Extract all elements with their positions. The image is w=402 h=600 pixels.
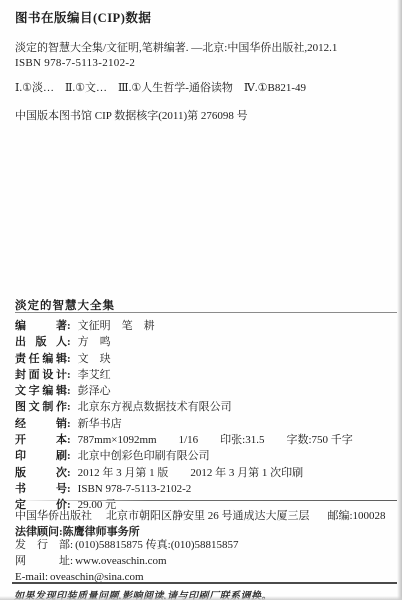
row-value: 彭泽心: [78, 385, 111, 397]
row-value: 方 鸣: [78, 336, 111, 348]
legal-advisor-line: 法律顾问:陈鹰律师事务所: [15, 523, 140, 539]
row-label: 网址: [15, 554, 70, 570]
row-colon: :: [70, 539, 73, 551]
row-colon: :: [67, 483, 71, 495]
copyright-page: 图书在版编目(CIP)数据 淡定的智慧大全集/文征明,笔耕编著. —北京:中国华…: [0, 0, 402, 600]
legal-label: 法律顾问: [15, 526, 59, 538]
row-colon: :: [67, 369, 71, 381]
website-url: www.oveaschin.com: [75, 555, 167, 567]
row-colon: :: [67, 434, 71, 446]
row-value: 新华书店: [78, 418, 122, 430]
row-value: 文征明 笔 耕: [78, 320, 155, 332]
row-value: (010)58815875 传真:(010)58815857: [75, 539, 238, 551]
row-label: 发行部: [15, 538, 70, 554]
row-colon: :: [45, 571, 48, 583]
row-label: 封面设计: [15, 367, 67, 383]
publisher-postcode: 邮编:100028: [328, 510, 386, 522]
row-colon: :: [67, 450, 71, 462]
book-title: 淡定的智慧大全集: [15, 297, 115, 313]
row-value: 北京东方视点数据技术有限公司: [78, 401, 232, 413]
row-label: 书号: [15, 481, 67, 497]
row-colon: :: [67, 320, 71, 332]
cip-record-number: 中国版本图书馆 CIP 数据核字(2011)第 276098 号: [15, 107, 248, 123]
contact-row-distribution-dept: 发行部:(010)58815875 传真:(010)58815857: [15, 538, 397, 554]
colophon-rows: 编著:文征明 笔 耕 出版人:方 鸣 责任编辑:文 玦 封面设计:李艾红 文字编…: [15, 318, 397, 514]
row-label: 文字编辑: [15, 383, 67, 399]
row-colon: :: [67, 353, 71, 365]
colophon-row-publisher-person: 出版人:方 鸣: [15, 334, 397, 350]
legal-value: 陈鹰律师事务所: [63, 526, 140, 538]
cip-classification-line: Ⅰ.①淡… Ⅱ.①文… Ⅲ.①人生哲学-通俗读物 Ⅳ.①B821-49: [15, 79, 306, 95]
colophon-row-cover-design: 封面设计:李艾红: [15, 367, 397, 383]
contact-rows: 发行部:(010)58815875 传真:(010)58815857 网址:ww…: [15, 538, 397, 585]
contact-row-website: 网址:www.oveaschin.com: [15, 554, 397, 570]
row-value: 787mm×1092mm 1/16 印张:31.5 字数:750 千字: [78, 434, 353, 446]
scan-edge-bottom: [0, 596, 402, 600]
row-label: 出版人: [15, 334, 67, 350]
row-colon: :: [67, 336, 71, 348]
row-label: 版次: [15, 465, 67, 481]
row-label: 经销: [15, 416, 67, 432]
colophon-row-text-editor: 文字编辑:彭泽心: [15, 383, 397, 399]
colophon-row-isbn: 书号:ISBN 978-7-5113-2102-2: [15, 481, 397, 497]
row-label: 图文制作: [15, 399, 67, 415]
row-colon: :: [70, 555, 73, 567]
colophon-row-format: 开本:787mm×1092mm 1/16 印张:31.5 字数:750 千字: [15, 432, 397, 448]
row-value: 李艾红: [78, 369, 111, 381]
publisher-address: 北京市朝阳区静安里 26 号通成达大厦三层: [106, 510, 310, 522]
row-colon: :: [67, 418, 71, 430]
colophon-row-edition: 版次:2012 年 3 月第 1 版 2012 年 3 月第 1 次印刷: [15, 465, 397, 481]
row-colon: :: [67, 467, 71, 479]
row-value: ISBN 978-7-5113-2102-2: [78, 483, 192, 495]
row-label: 责任编辑: [15, 351, 67, 367]
colophon-row-distribution: 经销:新华书店: [15, 416, 397, 432]
row-colon: :: [67, 401, 71, 413]
publisher-name: 中国华侨出版社: [15, 510, 92, 522]
row-label: 印刷: [15, 448, 67, 464]
row-value: 文 玦: [78, 353, 111, 365]
scan-edge-right: [397, 0, 402, 600]
colophon-row-author: 编著:文征明 笔 耕: [15, 318, 397, 334]
cip-header: 图书在版编目(CIP)数据: [15, 8, 151, 26]
colophon-row-production: 图文制作:北京东方视点数据技术有限公司: [15, 399, 397, 415]
cip-catalog-line: 淡定的智慧大全集/文征明,笔耕编著. —北京:中国华侨出版社,2012.1: [15, 39, 337, 55]
row-colon: :: [67, 385, 71, 397]
email-address: oveaschin@sina.com: [50, 571, 144, 583]
isbn-line: ISBN 978-7-5113-2102-2: [15, 57, 135, 69]
price-divider-rule: [15, 500, 397, 501]
row-label: 开本: [15, 432, 67, 448]
row-label: 编著: [15, 318, 67, 334]
row-value: 北京中创彩色印刷有限公司: [78, 450, 210, 462]
publisher-line: 中国华侨出版社北京市朝阳区静安里 26 号通成达大厦三层邮编:100028: [15, 507, 386, 523]
title-divider-rule: [15, 312, 397, 313]
colophon-row-editor: 责任编辑:文 玦: [15, 351, 397, 367]
colophon-row-printing: 印刷:北京中创彩色印刷有限公司: [15, 448, 397, 464]
footer-divider-rule: [12, 582, 397, 584]
row-value: 2012 年 3 月第 1 版 2012 年 3 月第 1 次印刷: [78, 467, 304, 479]
